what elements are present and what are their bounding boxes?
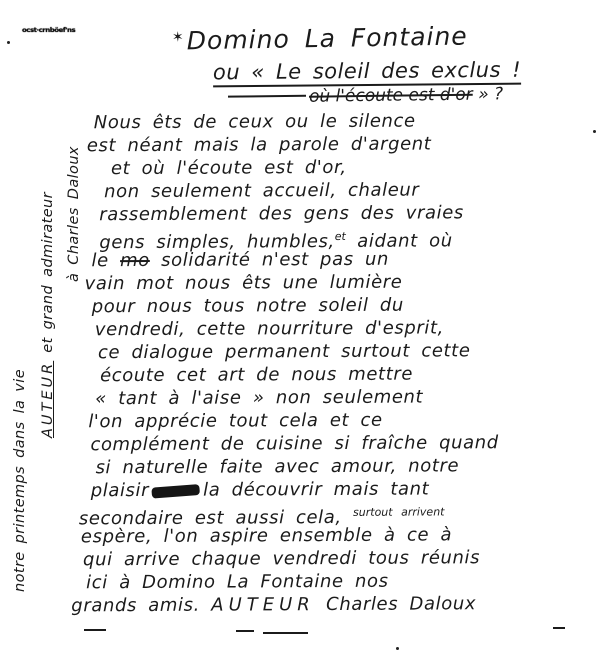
letter-body: Nous êts de ceux ou le silence est néant… bbox=[69, 109, 597, 618]
letter-line: si naturelle faite avec amour, notre bbox=[70, 454, 595, 480]
stray-dash bbox=[84, 629, 106, 631]
letter-line: qui arrive chaque vendredi tous réunis bbox=[71, 546, 596, 572]
margin-note-line2: AUTEUR et grand admirateur bbox=[40, 192, 56, 438]
letter-line: et où l'écoute est d'or, bbox=[69, 155, 594, 181]
letter-line: le mo solidarité n'est pas un bbox=[69, 247, 594, 273]
title-text: Domino La Fontaine bbox=[187, 21, 468, 55]
line-text: la découvrir mais tant bbox=[203, 478, 429, 500]
crossed-out-subtitle: où l'écoute est d'or » ? bbox=[228, 84, 503, 107]
signature-name: Charles Daloux bbox=[315, 593, 476, 615]
letter-line: vendredi, cette nourriture d'esprit, bbox=[70, 316, 595, 342]
flourish-icon: ✶ bbox=[172, 29, 185, 45]
letter-line: ce dialogue permanent surtout cette bbox=[70, 339, 595, 365]
letter-line: non seulement accueil, chaleur bbox=[69, 178, 594, 204]
ink-speck bbox=[396, 647, 399, 650]
letter-line: l'on apprécie tout cela et ce bbox=[70, 408, 595, 434]
line-text: le bbox=[91, 250, 120, 271]
stray-dash bbox=[553, 627, 565, 629]
margin-note-rest: et grand admirateur bbox=[40, 192, 56, 361]
inserted-word: et bbox=[335, 230, 346, 243]
stray-dash bbox=[236, 630, 254, 632]
letter-line: « tant à l'aise » non seulement bbox=[70, 385, 595, 411]
line-text: plaisir bbox=[91, 480, 150, 501]
stray-dash bbox=[263, 632, 308, 634]
signature-line: grands amis. AUTEUR Charles Daloux bbox=[71, 592, 596, 618]
letter-line: est néant mais la parole d'argent bbox=[69, 132, 594, 158]
inserted-words: surtout arrivent bbox=[353, 505, 445, 518]
letter-title: ✶Domino La Fontaine bbox=[172, 21, 468, 55]
letter-subtitle: ou « Le soleil des exclus ! bbox=[213, 58, 521, 88]
letter-line: complément de cuisine si fraîche quand bbox=[70, 431, 595, 457]
struck-text: où l'écoute est d'or bbox=[309, 85, 473, 107]
scanned-letter-page: ocst·crnböef'ns ✶Domino La Fontaine ou «… bbox=[0, 0, 601, 651]
scribble-mark bbox=[152, 484, 201, 499]
subtitle-suffix: » ? bbox=[478, 84, 503, 104]
letter-line: gens simples, humbles,et aidant où bbox=[69, 224, 594, 250]
letter-line: espère, l'on aspire ensemble à ce à bbox=[71, 523, 596, 549]
strike-line bbox=[228, 95, 306, 98]
letter-line: écoute cet art de nous mettre bbox=[70, 362, 595, 388]
letter-line: Nous êts de ceux ou le silence bbox=[69, 109, 594, 135]
letter-line: secondaire est aussi cela, surtout arriv… bbox=[71, 500, 596, 526]
letter-line: vain mot nous êts une lumière bbox=[70, 270, 595, 296]
corner-print-stamp: ocst·crnböef'ns bbox=[22, 26, 75, 33]
ink-speck bbox=[7, 41, 10, 44]
struck-word: mo bbox=[120, 250, 150, 271]
letter-line: plaisirla découvrir mais tant bbox=[71, 477, 596, 503]
letter-line: rassemblement des gens des vraies bbox=[69, 201, 594, 227]
auteur-label: AUTEUR bbox=[211, 594, 315, 616]
margin-note-line1: notre printemps dans la vie bbox=[12, 369, 28, 592]
margin-auteur-label: AUTEUR bbox=[40, 361, 56, 438]
letter-line: pour nous tous notre soleil du bbox=[70, 293, 595, 319]
line-text: grands amis. bbox=[71, 595, 211, 617]
line-text: solidarité n'est pas un bbox=[150, 249, 389, 271]
letter-line: ici à Domino La Fontaine nos bbox=[71, 569, 596, 595]
